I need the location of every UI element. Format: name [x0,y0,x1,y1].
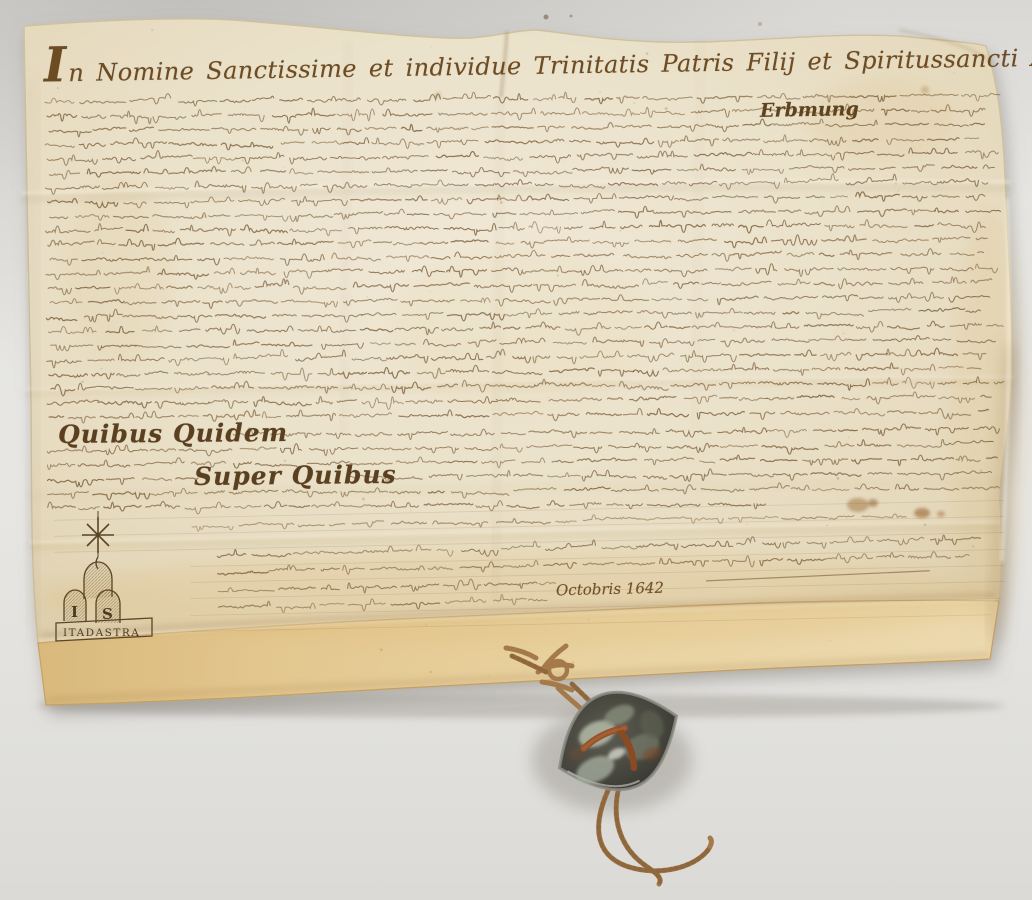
notary-initial-left: I [71,603,78,621]
ink-blot [847,498,869,512]
charter-artwork: I S ITADASTRA [0,0,1032,900]
photograph-of-vellum-charter: I S ITADASTRA [0,0,1032,900]
notary-motto: ITADASTRA [63,627,140,639]
